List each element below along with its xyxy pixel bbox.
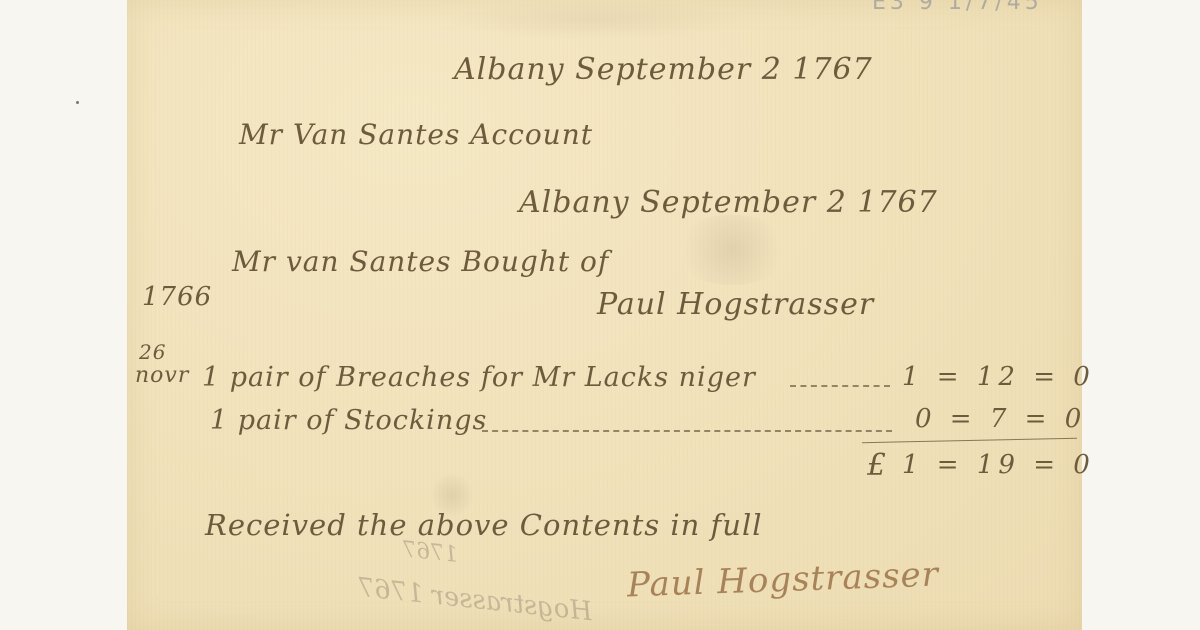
seller-name: Paul Hogstrasser	[597, 287, 874, 322]
scan-background: E3 9 1/7/45 Albany September 2 1767 Mr V…	[0, 0, 1200, 630]
line-item-amount: 1 = 12 = 0	[902, 362, 1095, 392]
speck	[76, 101, 79, 104]
year-margin: 1766	[142, 282, 212, 312]
total-rule	[862, 438, 1077, 444]
manuscript-page: E3 9 1/7/45 Albany September 2 1767 Mr V…	[127, 0, 1082, 630]
total-amount: 1 = 19 = 0	[902, 450, 1095, 480]
signature: Paul Hogstrasser	[626, 555, 939, 606]
archive-number: E3 9 1/7/45	[872, 0, 1043, 15]
dash-leader	[790, 385, 890, 387]
account-title: Mr Van Santes Account	[239, 118, 593, 151]
dash-leader	[482, 430, 892, 432]
receipt-line: Received the above Contents in full	[205, 508, 763, 542]
date-margin-day: 26	[139, 340, 166, 364]
faded-mark	[672, 215, 792, 285]
bleed-through-text: 1767	[401, 537, 459, 568]
heading-date: Albany September 2 1767	[454, 52, 873, 87]
total-currency: £	[867, 448, 891, 483]
line-item-amount: 0 = 7 = 0	[915, 404, 1086, 434]
second-date: Albany September 2 1767	[519, 185, 938, 220]
bought-line: Mr van Santes Bought of	[232, 245, 609, 278]
line-item-description: 1 pair of Stockings	[210, 405, 487, 436]
line-item-description: 1 pair of Breaches for Mr Lacks niger	[202, 362, 756, 393]
date-margin-month: novr	[135, 363, 189, 388]
bleed-through-text: Hogstrasser 1767	[356, 573, 593, 627]
